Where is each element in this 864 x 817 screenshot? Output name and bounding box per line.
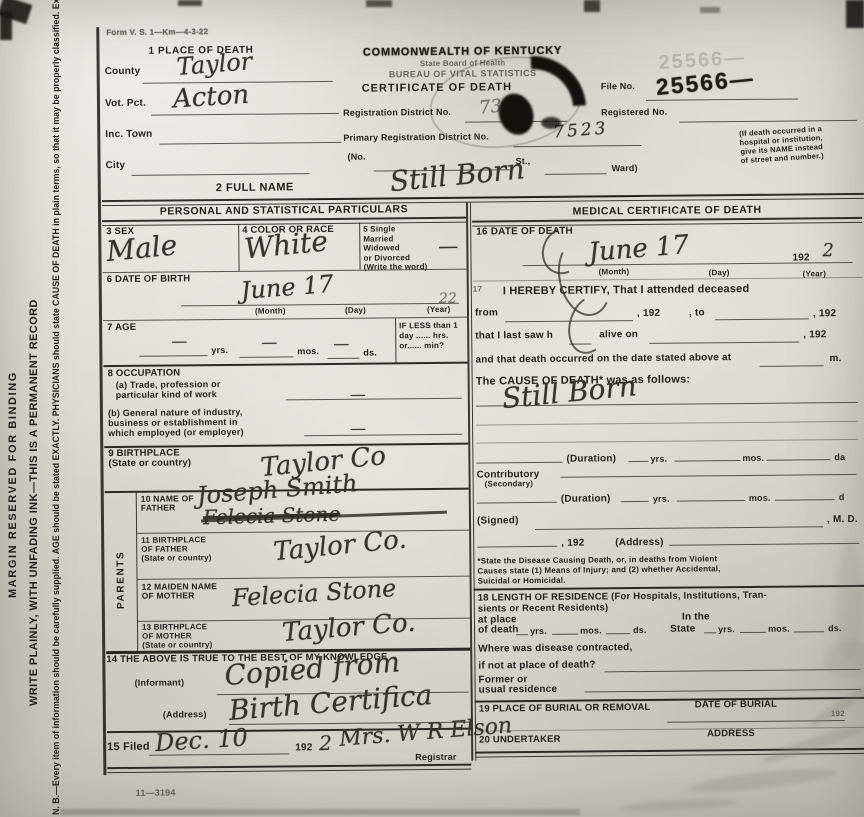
ds-sublabel: ds. — [363, 349, 377, 359]
age-label: 7 AGE — [107, 323, 136, 334]
age-months-dash-handwritten: — — [261, 334, 277, 350]
rule — [669, 543, 859, 546]
date-of-death-year-handwritten: 2 — [822, 242, 834, 260]
rule — [679, 120, 857, 123]
full-name-value-handwritten: Still Born — [389, 155, 526, 196]
age-years-dash-handwritten: — — [171, 333, 187, 349]
attended-from-label: from — [475, 307, 498, 318]
file-no-label: File No. — [601, 82, 635, 92]
ds-sublabel: ds. — [633, 626, 647, 636]
rule — [628, 461, 648, 462]
date-of-death-year-printed: 192 — [792, 252, 809, 263]
duration-label: (Duration) — [561, 493, 611, 504]
rule — [107, 764, 471, 773]
rule — [473, 277, 863, 282]
rule — [103, 362, 467, 367]
occupation-label: 8 OCCUPATION — [108, 368, 181, 379]
rule — [475, 727, 864, 732]
certify-intro-label: I HEREBY CERTIFY, That I attended deceas… — [503, 283, 750, 297]
cell-divider — [136, 491, 139, 651]
rule — [552, 634, 578, 635]
rule — [677, 500, 745, 502]
rule — [304, 434, 462, 437]
rule — [621, 501, 649, 502]
scan-smudge — [60, 809, 580, 815]
rule — [794, 631, 824, 632]
scan-smudge — [0, 12, 12, 40]
occupation-industry-label: (b) General nature of industry, business… — [108, 407, 244, 438]
informant-label: (Informant) — [135, 678, 185, 688]
rule — [606, 633, 630, 634]
rule — [286, 398, 462, 401]
scan-smudge — [178, 0, 202, 6]
hospital-note: (If death occurred in a hospital or inst… — [700, 122, 862, 168]
signed-address-label: (Address) — [615, 537, 664, 548]
marital-status-label: 5 Single Married Widowed or Divorced (Wr… — [363, 224, 427, 272]
rule — [760, 365, 824, 367]
state-label: State — [670, 623, 696, 634]
occupation-industry-dash-handwritten: — — [350, 421, 366, 437]
day-sublabel: (Day) — [345, 307, 366, 316]
ward-label: Ward) — [612, 164, 638, 174]
scan-smudge — [846, 0, 864, 28]
occupation-trade-dash-handwritten: — — [350, 387, 366, 403]
if-less-than-day-label: IF LESS than 1 day ...... hrs. or...... … — [399, 321, 458, 352]
rule — [476, 421, 858, 426]
rule — [715, 318, 809, 320]
undertaker-address-label: ADDRESS — [707, 729, 755, 740]
full-name-label: 2 FULL NAME — [216, 181, 294, 194]
informant-address-label: (Address) — [163, 710, 207, 720]
yrs-sublabel: yrs. — [530, 627, 547, 637]
rule — [604, 669, 860, 672]
rule — [149, 753, 289, 755]
color-race-value-handwritten: White — [243, 227, 329, 263]
last-saw-label: that I last saw h — [475, 330, 553, 342]
place-of-burial-label: 19 PLACE OF BURIAL OR REMOVAL — [479, 703, 651, 715]
rule — [674, 460, 740, 462]
form-code: 11—3194 — [136, 788, 176, 798]
rule — [569, 343, 591, 344]
mos-sublabel: mos. — [580, 626, 602, 636]
rule — [476, 439, 858, 444]
registered-no-label: Registered No. — [601, 108, 667, 119]
father-name-label: 10 NAME OF FATHER — [141, 494, 194, 513]
sex-value-handwritten: Male — [105, 231, 178, 266]
registrar-label: Registrar — [415, 753, 456, 763]
scan-smudge — [700, 7, 720, 13]
yrs-sublabel: yrs. — [653, 495, 670, 505]
mother-birthplace-value-handwritten: Taylor Co. — [281, 610, 416, 647]
rule — [545, 173, 607, 175]
date-of-burial-label: DATE OF BURIAL — [695, 700, 777, 711]
certify-item-number: 17 — [473, 286, 482, 295]
da-sublabel: da — [834, 453, 845, 463]
rule — [132, 173, 310, 176]
rule — [475, 697, 864, 703]
rule — [477, 546, 557, 548]
rule — [516, 634, 528, 635]
year-192-printed: , 192 — [637, 308, 660, 319]
rule — [704, 632, 716, 633]
mos-sublabel: mos. — [749, 494, 771, 504]
certificate-form: Form V. S. 1—Km—4-3-22 1 PLACE OF DEATH … — [0, 0, 864, 817]
city-label: City — [106, 160, 126, 171]
cell-divider — [359, 223, 360, 270]
scan-smudge — [584, 0, 600, 12]
year-192-printed: , 192 — [561, 538, 584, 549]
rule — [585, 689, 861, 693]
alive-on-label: alive on — [599, 329, 638, 340]
if-not-at-place-label: if not at place of death? — [478, 659, 595, 671]
county-label: County — [105, 66, 141, 77]
disease-contracted-label: Where was disease contracted, — [478, 642, 632, 654]
year-192-printed: , 192 — [803, 329, 826, 340]
rule — [239, 356, 293, 358]
meridiem-label: m. — [829, 353, 841, 364]
scanned-death-certificate: MARGIN RESERVED FOR BINDING WRITE PLAINL… — [0, 0, 864, 817]
marital-status-value-handwritten: — — [438, 236, 458, 256]
voting-precinct-label: Vot. Pct. — [105, 98, 146, 109]
rule — [535, 526, 823, 530]
cause-footnote: *State the Disease Causing Death, or, in… — [477, 554, 720, 586]
signed-label: (Signed) — [477, 515, 519, 526]
rule — [136, 530, 469, 534]
cell-divider — [238, 224, 239, 271]
date-of-birth-value-handwritten: June 17 — [240, 272, 335, 303]
attended-to-label: , to — [689, 307, 705, 318]
day-sublabel: (Day) — [709, 269, 730, 278]
mos-sublabel: mos. — [742, 454, 764, 464]
yrs-sublabel: yrs. — [211, 346, 228, 356]
md-label: , M. D. — [827, 514, 858, 525]
at-place-of-death-label: at place of death — [478, 615, 519, 635]
in-the-label: In the — [682, 611, 710, 622]
former-residence-label: Former or usual residence — [478, 675, 557, 696]
mother-birthplace-label: 13 BIRTHPLACE OF MOTHER (State or countr… — [142, 623, 213, 650]
age-days-dash-handwritten: — — [333, 336, 349, 352]
mother-maiden-name-label: 12 MAIDEN NAME OF MOTHER — [142, 582, 218, 601]
rule — [327, 358, 359, 359]
filed-year-printed: 192 — [295, 742, 312, 753]
street-no-label: (No. — [347, 153, 365, 163]
filed-date-handwritten: Dec. 10 — [154, 725, 248, 755]
year-192-printed: , 192 — [813, 308, 836, 319]
secondary-label: (Secondary) — [485, 480, 534, 489]
county-value-handwritten: Taylor — [176, 49, 253, 79]
scan-smudge — [366, 0, 392, 7]
father-birthplace-label: 11 BIRTHPLACE OF FATHER (State or countr… — [141, 536, 212, 563]
year-sublabel: (Year) — [427, 306, 451, 315]
undertaker-label: 20 UNDERTAKER — [479, 735, 561, 746]
death-occurred-label: and that death occurred on the date stat… — [475, 352, 731, 365]
rule — [775, 499, 835, 501]
rule — [649, 341, 799, 343]
rule — [476, 462, 562, 464]
rule — [159, 142, 341, 145]
birthplace-label: 9 BIRTHPLACE (State or country) — [108, 448, 191, 469]
length-of-residence-label: 18 LENGTH OF RESIDENCE (For Hospitals, I… — [478, 590, 767, 615]
month-sublabel: (Month) — [255, 307, 286, 316]
occupation-trade-label: (a) Trade, profession or particular kind… — [116, 379, 221, 400]
filed-year-handwritten: 2 — [319, 733, 332, 753]
date-of-birth-label: 6 DATE OF BIRTH — [107, 274, 191, 285]
filed-label: 15 Filed — [107, 741, 150, 754]
rule — [766, 459, 830, 461]
rule — [561, 474, 857, 478]
rule — [181, 303, 459, 307]
inc-town-label: Inc. Town — [105, 129, 152, 140]
d-sublabel: d — [839, 493, 845, 503]
mos-sublabel: mos. — [297, 347, 319, 357]
rule — [139, 355, 207, 357]
form-number: Form V. S. 1—Km—4-3-22 — [106, 28, 208, 38]
yrs-sublabel: yrs. — [718, 625, 735, 635]
cell-divider — [395, 318, 396, 362]
mos-sublabel: mos. — [768, 625, 790, 635]
mother-maiden-name-value-handwritten: Felecia Stone — [231, 576, 397, 610]
rule — [477, 502, 557, 504]
yrs-sublabel: yrs. — [650, 455, 667, 465]
rule — [740, 632, 766, 633]
duration-label: (Duration) — [566, 453, 616, 464]
voting-precinct-value-handwritten: Acton — [172, 82, 250, 113]
parents-group-label: PARENTS — [115, 551, 127, 609]
